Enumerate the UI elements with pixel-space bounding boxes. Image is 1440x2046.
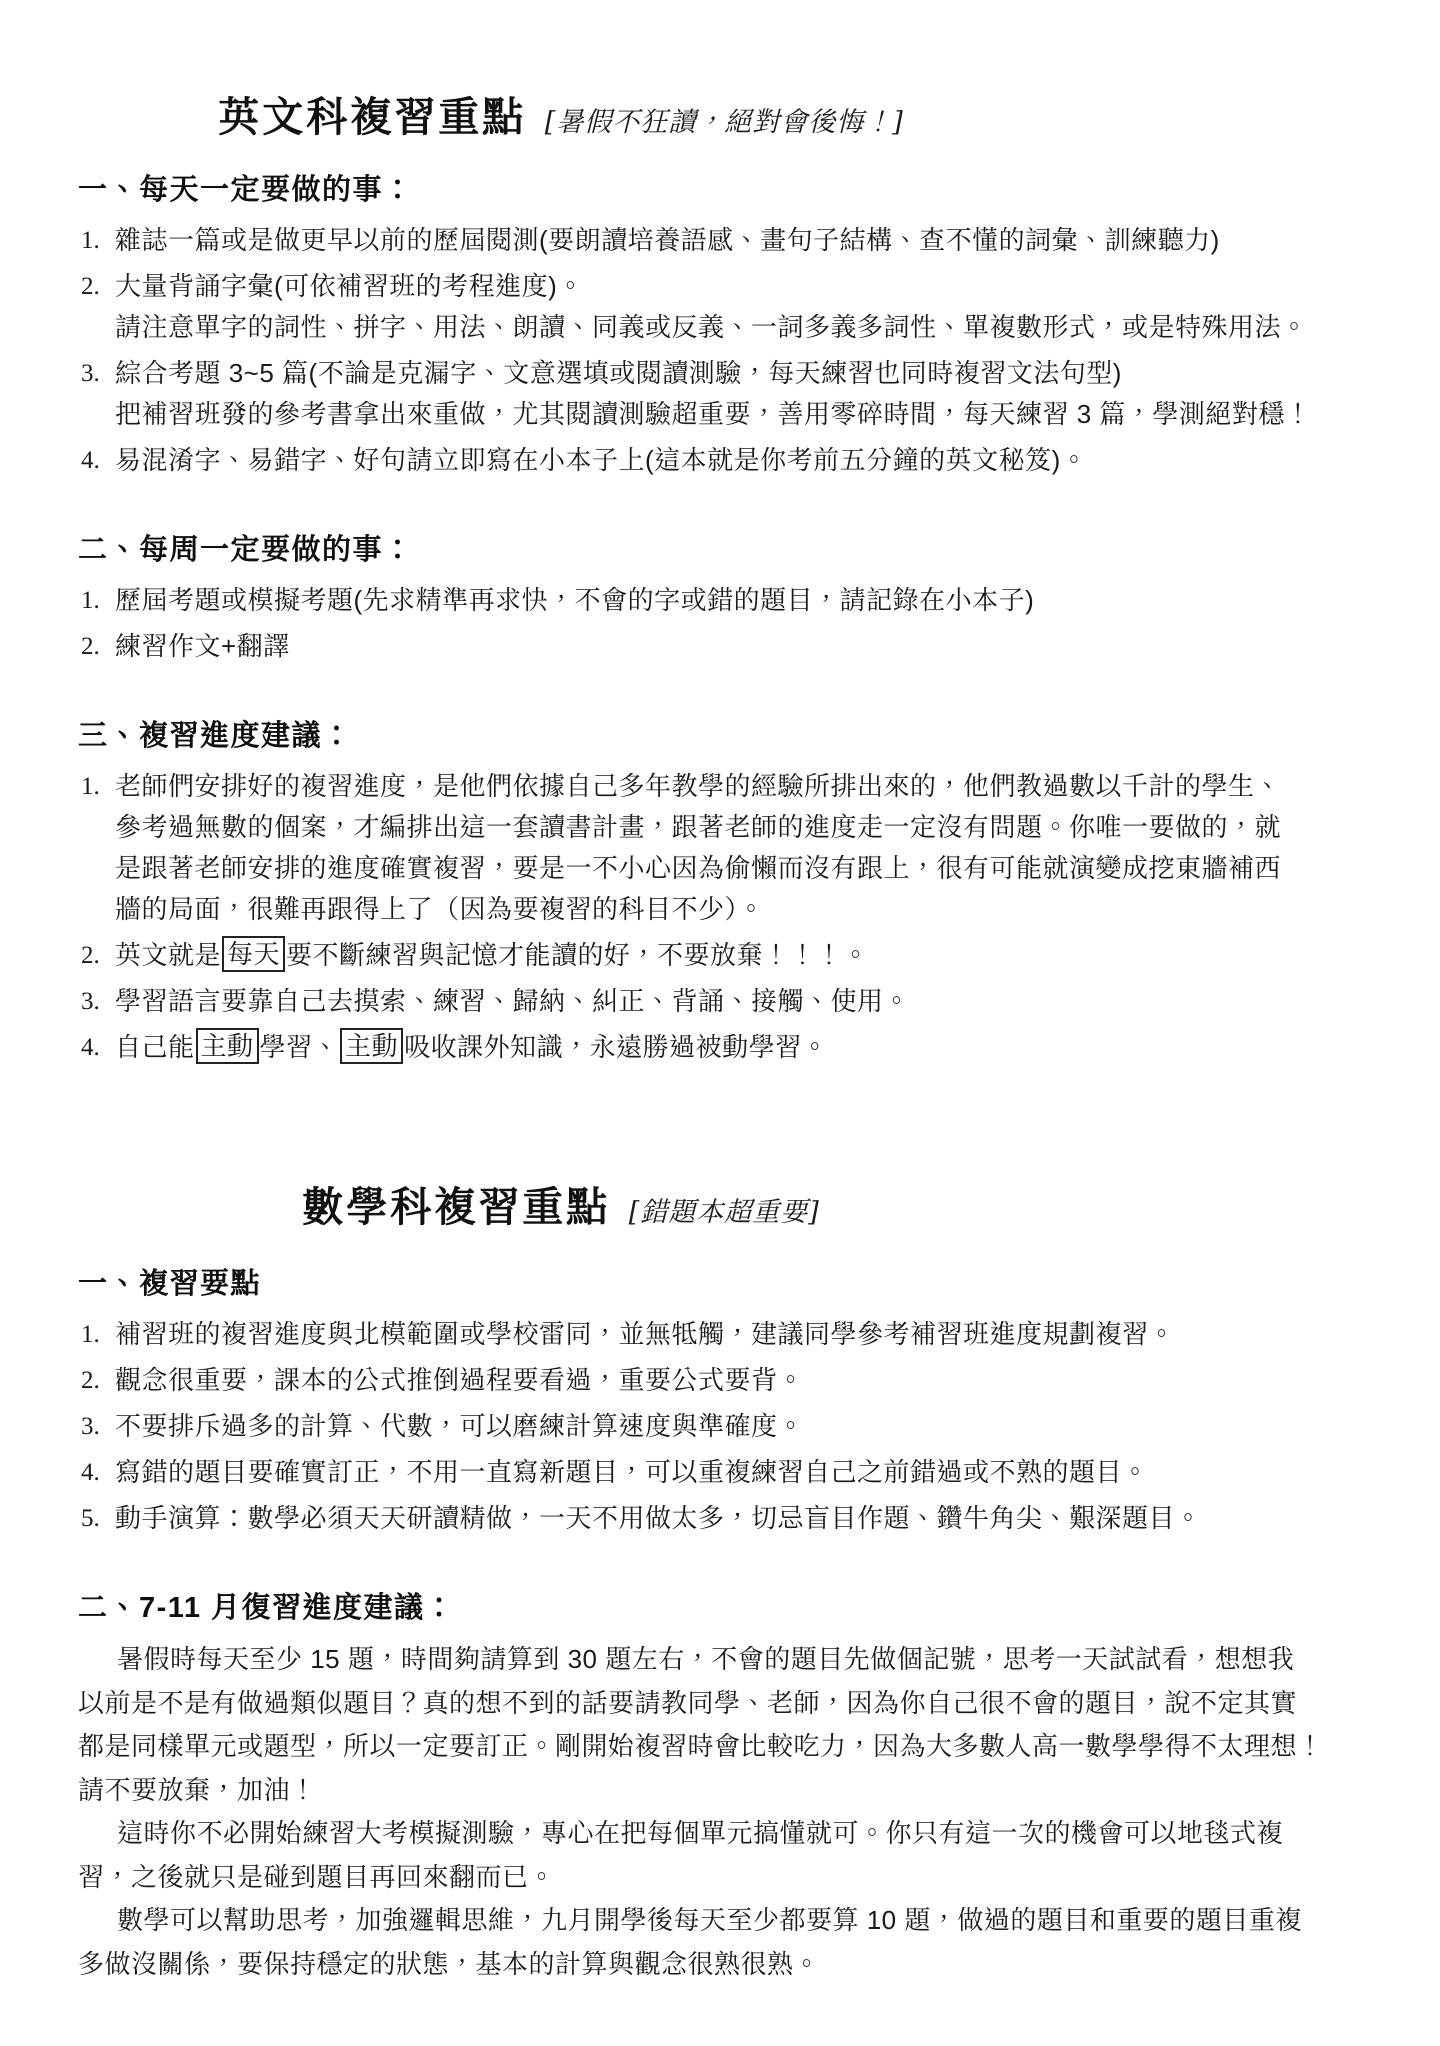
text-line: 寫錯的題目要確實訂正，不用一直寫新題目，可以重複練習自己之前錯過或不熟的題目。 xyxy=(115,1452,1364,1493)
paragraph-line: 請不要放棄，加油！ xyxy=(78,1769,1364,1813)
list-item: 1.補習班的複習進度與北模範圍或學校雷同，並無牴觸，建議同學參考補習班進度規劃複… xyxy=(78,1314,1364,1355)
list-item: 2.練習作文+翻譯 xyxy=(78,626,1364,667)
boxed-term: 主動 xyxy=(340,1028,403,1064)
math-subsection-1: 一、複習要點1.補習班的複習進度與北模範圍或學校雷同，並無牴觸，建議同學參考補習… xyxy=(78,1261,1364,1539)
text-line: 觀念很重要，課本的公式推倒過程要看過，重要公式要背。 xyxy=(115,1360,1364,1401)
text-segment: 吸收課外知識，永遠勝過被動學習。 xyxy=(404,1032,828,1062)
item-number: 1. xyxy=(81,580,100,621)
text-line: 牆的局面，很難再跟得上了（因為要複習的科目不少）。 xyxy=(115,889,1364,930)
math-subtitle: [錯題本超重要] xyxy=(629,1197,820,1228)
list-item: 2.觀念很重要，課本的公式推倒過程要看過，重要公式要背。 xyxy=(78,1360,1364,1401)
text-segment: 學習、 xyxy=(260,1032,340,1062)
item-number: 4. xyxy=(81,1027,100,1068)
paragraph-line: 都是同樣單元或題型，所以一定要訂正。剛開始複習時會比較吃力，因為大多數人高一數學… xyxy=(78,1725,1364,1769)
item-number: 3. xyxy=(81,981,100,1022)
english-title: 英文科複習重點 xyxy=(218,93,526,141)
item-number: 5. xyxy=(81,1498,100,1539)
text-line: 把補習班發的參考書拿出來重做，尤其閱讀測驗超重要，善用零碎時間，每天練習 3 篇… xyxy=(115,394,1364,435)
text-line: 不要排斥過多的計算、代數，可以磨練計算速度與準確度。 xyxy=(115,1406,1364,1447)
english-subtitle: [暑假不狂讀，絕對會後悔！] xyxy=(545,107,904,138)
boxed-term: 每天 xyxy=(222,936,285,972)
text-segment: 要不斷練習與記憶才能讀的好，不要放棄！！！。 xyxy=(286,940,869,970)
document-page: 英文科複習重點 [暑假不狂讀，絕對會後悔！] 一、每天一定要做的事：1.雜誌一篇… xyxy=(0,0,1440,2046)
list-item: 4.易混淆字、易錯字、好句請立即寫在小本子上(這本就是你考前五分鐘的英文秘笈)。 xyxy=(78,440,1364,481)
text-line: 大量背誦字彙(可依補習班的考程進度)。 xyxy=(115,266,1364,307)
text-line: 老師們安排好的複習進度，是他們依據自己多年教學的經驗所排出來的，他們教過數以千計… xyxy=(115,766,1364,807)
text-line: 是跟著老師安排的進度確實複習，要是一不小心因為偷懶而沒有跟上，很有可能就演變成挖… xyxy=(115,848,1364,889)
item-number: 4. xyxy=(81,440,100,481)
section-heading: 一、每天一定要做的事： xyxy=(78,167,1364,208)
list-item: 1.雜誌一篇或是做更早以前的歷屆閱測(要朗讀培養語感、畫句子結構、查不懂的詞彙、… xyxy=(78,220,1364,261)
list-item: 2.英文就是每天要不斷練習與記憶才能讀的好，不要放棄！！！。 xyxy=(78,935,1364,976)
paragraph-line: 這時你不必開始練習大考模擬測驗，專心在把每個單元搞懂就可。你只有這一次的機會可以… xyxy=(78,1812,1364,1856)
list-item: 4.寫錯的題目要確實訂正，不用一直寫新題目，可以重複練習自己之前錯過或不熟的題目… xyxy=(78,1452,1364,1493)
paragraph: 這時你不必開始練習大考模擬測驗，專心在把每個單元搞懂就可。你只有這一次的機會可以… xyxy=(78,1812,1364,1899)
list-item: 1.老師們安排好的複習進度，是他們依據自己多年教學的經驗所排出來的，他們教過數以… xyxy=(78,766,1364,930)
text-line: 歷屆考題或模擬考題(先求精準再求快，不會的字或錯的題目，請記錄在小本子) xyxy=(115,580,1364,621)
text-line: 易混淆字、易錯字、好句請立即寫在小本子上(這本就是你考前五分鐘的英文秘笈)。 xyxy=(115,440,1364,481)
list-item: 5.動手演算：數學必須天天研讀精做，一天不用做太多，切忌盲目作題、鑽牛角尖、艱深… xyxy=(78,1498,1364,1539)
english-body: 一、每天一定要做的事：1.雜誌一篇或是做更早以前的歷屆閱測(要朗讀培養語感、畫句… xyxy=(78,167,1364,1068)
math-title: 數學科複習重點 xyxy=(302,1183,610,1231)
text-segment: 自己能 xyxy=(115,1032,195,1062)
item-number: 3. xyxy=(81,1406,100,1447)
text-line: 請注意單字的詞性、拼字、用法、朗讀、同義或反義、一詞多義多詞性、單複數形式，或是… xyxy=(115,307,1364,348)
paragraph-line: 以前是不是有做過類似題目？真的想不到的話要請教同學、老師，因為你自己很不會的題目… xyxy=(78,1682,1364,1726)
item-number: 3. xyxy=(81,353,100,394)
text-line: 參考過無數的個案，才編排出這一套讀書計畫，跟著老師的進度走一定沒有問題。你唯一要… xyxy=(115,807,1364,848)
text-line: 綜合考題 3~5 篇(不論是克漏字、文意選填或閱讀測驗，每天練習也同時複習文法句… xyxy=(115,353,1364,394)
paragraph: 暑假時每天至少 15 題，時間夠請算到 30 題左右，不會的題目先做個記號，思考… xyxy=(78,1638,1364,1812)
paragraph: 數學可以幫助思考，加強邏輯思維，九月開學後每天至少都要算 10 題，做過的題目和… xyxy=(78,1899,1364,1986)
math-title-block: 數學科複習重點 [錯題本超重要] xyxy=(78,1174,1364,1233)
paragraph-line: 多做沒關係，要保持穩定的狀態，基本的計算與觀念很熟很熟。 xyxy=(78,1943,1364,1987)
list-item: 2.大量背誦字彙(可依補習班的考程進度)。請注意單字的詞性、拼字、用法、朗讀、同… xyxy=(78,266,1364,348)
item-number: 1. xyxy=(81,766,100,807)
list-item: 3.不要排斥過多的計算、代數，可以磨練計算速度與準確度。 xyxy=(78,1406,1364,1447)
english-subsection-1: 一、每天一定要做的事：1.雜誌一篇或是做更早以前的歷屆閱測(要朗讀培養語感、畫句… xyxy=(78,167,1364,481)
english-subsection-3: 三、複習進度建議：1.老師們安排好的複習進度，是他們依據自己多年教學的經驗所排出… xyxy=(78,713,1364,1068)
section-heading: 二、7-11 月復習進度建議： xyxy=(78,1585,1364,1626)
math-subsection-2: 二、7-11 月復習進度建議：暑假時每天至少 15 題，時間夠請算到 30 題左… xyxy=(78,1585,1364,1986)
section-heading: 一、複習要點 xyxy=(78,1261,1364,1302)
item-number: 4. xyxy=(81,1452,100,1493)
text-line: 英文就是每天要不斷練習與記憶才能讀的好，不要放棄！！！。 xyxy=(115,935,1364,976)
item-number: 2. xyxy=(81,935,100,976)
english-title-block: 英文科複習重點 [暑假不狂讀，絕對會後悔！] xyxy=(78,84,1364,143)
english-subsection-2: 二、每周一定要做的事：1.歷屆考題或模擬考題(先求精準再求快，不會的字或錯的題目… xyxy=(78,527,1364,667)
item-number: 2. xyxy=(81,1360,100,1401)
item-number: 1. xyxy=(81,1314,100,1355)
list-item: 4.自己能主動學習、主動吸收課外知識，永遠勝過被動學習。 xyxy=(78,1027,1364,1068)
item-number: 2. xyxy=(81,266,100,307)
item-number: 2. xyxy=(81,626,100,667)
section-heading: 三、複習進度建議： xyxy=(78,713,1364,754)
text-line: 動手演算：數學必須天天研讀精做，一天不用做太多，切忌盲目作題、鑽牛角尖、艱深題目… xyxy=(115,1498,1364,1539)
text-line: 學習語言要靠自己去摸索、練習、歸納、糾正、背誦、接觸、使用。 xyxy=(115,981,1364,1022)
math-body: 一、複習要點1.補習班的複習進度與北模範圍或學校雷同，並無牴觸，建議同學參考補習… xyxy=(78,1261,1364,1986)
list-item: 1.歷屆考題或模擬考題(先求精準再求快，不會的字或錯的題目，請記錄在小本子) xyxy=(78,580,1364,621)
text-line: 補習班的複習進度與北模範圍或學校雷同，並無牴觸，建議同學參考補習班進度規劃複習。 xyxy=(115,1314,1364,1355)
item-number: 1. xyxy=(81,220,100,261)
paragraph-line: 數學可以幫助思考，加強邏輯思維，九月開學後每天至少都要算 10 題，做過的題目和… xyxy=(78,1899,1364,1943)
paragraph-line: 暑假時每天至少 15 題，時間夠請算到 30 題左右，不會的題目先做個記號，思考… xyxy=(78,1638,1364,1682)
boxed-term: 主動 xyxy=(196,1028,259,1064)
paragraph-line: 習，之後就只是碰到題目再回來翻而已。 xyxy=(78,1856,1364,1900)
list-item: 3.學習語言要靠自己去摸索、練習、歸納、糾正、背誦、接觸、使用。 xyxy=(78,981,1364,1022)
text-line: 自己能主動學習、主動吸收課外知識，永遠勝過被動學習。 xyxy=(115,1027,1364,1068)
list-item: 3.綜合考題 3~5 篇(不論是克漏字、文意選填或閱讀測驗，每天練習也同時複習文… xyxy=(78,353,1364,435)
section-heading: 二、每周一定要做的事： xyxy=(78,527,1364,568)
text-segment: 英文就是 xyxy=(115,940,221,970)
text-line: 雜誌一篇或是做更早以前的歷屆閱測(要朗讀培養語感、畫句子結構、查不懂的詞彙、訓練… xyxy=(115,220,1364,261)
text-line: 練習作文+翻譯 xyxy=(115,626,1364,667)
